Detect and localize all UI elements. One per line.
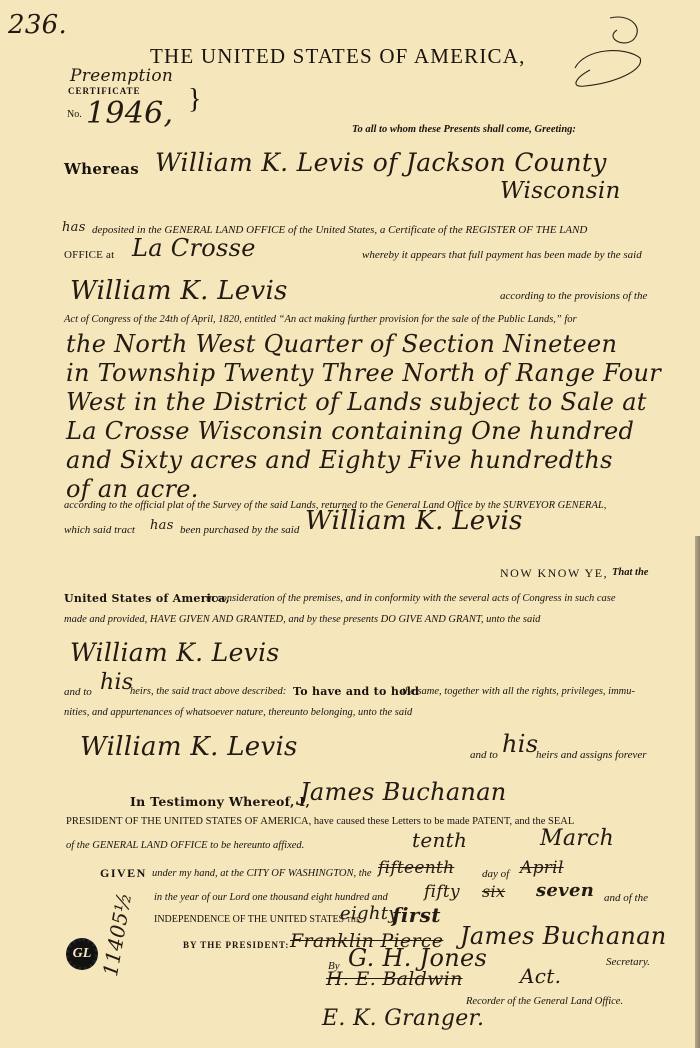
land-description-line: and Sixty acres and Eighty Five hundredt… bbox=[66, 446, 661, 475]
land-description-line: La Crosse Wisconsin containing One hundr… bbox=[66, 417, 661, 446]
day-struck: fifteenth bbox=[378, 858, 454, 878]
land-description-line: in Township Twenty Three North of Range … bbox=[66, 359, 661, 388]
independence-correction: first bbox=[392, 903, 441, 927]
payer-name: William K. Levis bbox=[70, 276, 288, 306]
president-signature: James Buchanan bbox=[460, 922, 667, 950]
consideration-line: in consideration of the premises, and in… bbox=[206, 593, 616, 604]
act-of-congress-line: Act of Congress of the 24th of April, 18… bbox=[64, 314, 577, 325]
given-text: under my hand, at the CITY OF WASHINGTON… bbox=[152, 868, 372, 879]
his-handwritten-2: his bbox=[502, 730, 538, 758]
which-said-tract: which said tract bbox=[64, 524, 135, 536]
independence-line: INDEPENDENCE OF THE UNITED STATES the bbox=[154, 914, 360, 925]
year-correction: seven bbox=[536, 880, 594, 901]
that-the: That the bbox=[612, 567, 648, 578]
recorder-act: Act. bbox=[520, 964, 561, 988]
land-office-location: La Crosse bbox=[132, 234, 256, 262]
granted-line: made and provided, HAVE GIVEN AND GRANTE… bbox=[64, 614, 540, 625]
year-struck: six bbox=[482, 882, 505, 901]
assignee-name: William K. Levis bbox=[80, 732, 298, 762]
seal-monogram: GL bbox=[73, 946, 92, 962]
now-know-ye: NOW KNOW YE, bbox=[500, 566, 608, 581]
side-record-number: 11405½ bbox=[98, 890, 136, 978]
independence-hand: eighty bbox=[340, 903, 399, 924]
month-correction: March bbox=[540, 826, 614, 851]
and-of-the: and of the bbox=[604, 892, 648, 904]
and-to-label-2: and to bbox=[470, 749, 498, 761]
scan-edge-shadow bbox=[695, 536, 700, 1048]
whereas-label: Whereas bbox=[64, 160, 139, 178]
heirs-assigns-line: heirs and assigns forever bbox=[536, 749, 647, 761]
certificate-type: Preemption bbox=[70, 66, 173, 86]
certificate-label: CERTIFICATE bbox=[68, 86, 141, 96]
certificate-no-label: No. bbox=[67, 109, 82, 120]
office-at-label: OFFICE at bbox=[64, 249, 114, 261]
year-hand: fifty bbox=[424, 882, 460, 902]
greeting: To all to whom these Presents shall come… bbox=[352, 124, 576, 135]
recorder-signature: H. E. Baldwin bbox=[326, 968, 463, 990]
day-of-label: day of bbox=[482, 868, 509, 880]
secretary-label: Secretary. bbox=[606, 956, 650, 968]
certificate-number: 1946, bbox=[86, 96, 173, 131]
seal-line: of the GENERAL LAND OFFICE to be hereunt… bbox=[66, 840, 304, 851]
land-patent-document: 236. THE UNITED STATES OF AMERICA, Preem… bbox=[0, 0, 700, 1048]
document-title: THE UNITED STATES OF AMERICA, bbox=[150, 44, 526, 69]
grantee-name-whereas: William K. Levis of Jackson County bbox=[155, 148, 607, 177]
heirs-tract-line: heirs, the said tract above described: bbox=[130, 686, 286, 697]
land-description: the North West Quarter of Section Ninete… bbox=[66, 330, 661, 504]
by-the-president-label: BY THE PRESIDENT: bbox=[183, 940, 289, 950]
land-office-seal-icon: GL bbox=[66, 938, 98, 970]
his-handwritten: his bbox=[100, 670, 133, 695]
land-description-line: the North West Quarter of Section Ninete… bbox=[66, 330, 661, 359]
given-label: GIVEN bbox=[100, 866, 147, 881]
purchased-by-label: been purchased by the said bbox=[180, 524, 299, 536]
recorder-label: Recorder of the General Land Office. bbox=[466, 996, 623, 1007]
and-to-label: and to bbox=[64, 686, 92, 698]
flourish-ornament bbox=[555, 8, 645, 98]
recorded-by-signature: E. K. Granger. bbox=[322, 1006, 484, 1031]
grantee-name: William K. Levis bbox=[70, 638, 280, 667]
testimony-whereof: In Testimony Whereof, I, bbox=[130, 794, 310, 809]
has-handwritten: has bbox=[62, 220, 86, 235]
appurtenances-line: nities, and appurtenances of whatsoever … bbox=[64, 707, 412, 718]
provisions-line: according to the provisions of the bbox=[500, 290, 647, 302]
president-line: PRESIDENT OF THE UNITED STATES OF AMERIC… bbox=[66, 816, 574, 827]
year-line: in the year of our Lord one thousand eig… bbox=[154, 892, 388, 903]
purchaser-name: William K. Levis bbox=[305, 506, 523, 536]
has-handwritten-2: has bbox=[150, 518, 174, 533]
brace: } bbox=[188, 84, 201, 116]
to-have-and-to-hold: To have and to hold bbox=[293, 685, 419, 698]
president-name-testimony: James Buchanan bbox=[300, 778, 507, 806]
land-description-line: West in the District of Lands subject to… bbox=[66, 388, 661, 417]
grantee-state: Wisconsin bbox=[500, 178, 621, 204]
day-correction: tenth bbox=[412, 828, 467, 852]
rights-line: the same, together with all the rights, … bbox=[402, 686, 635, 697]
page-number: 236. bbox=[8, 10, 67, 40]
month-struck: April bbox=[520, 858, 564, 878]
payment-line: whereby it appears that full payment has… bbox=[362, 249, 642, 261]
united-states-gothic: United States of America, bbox=[64, 592, 230, 605]
